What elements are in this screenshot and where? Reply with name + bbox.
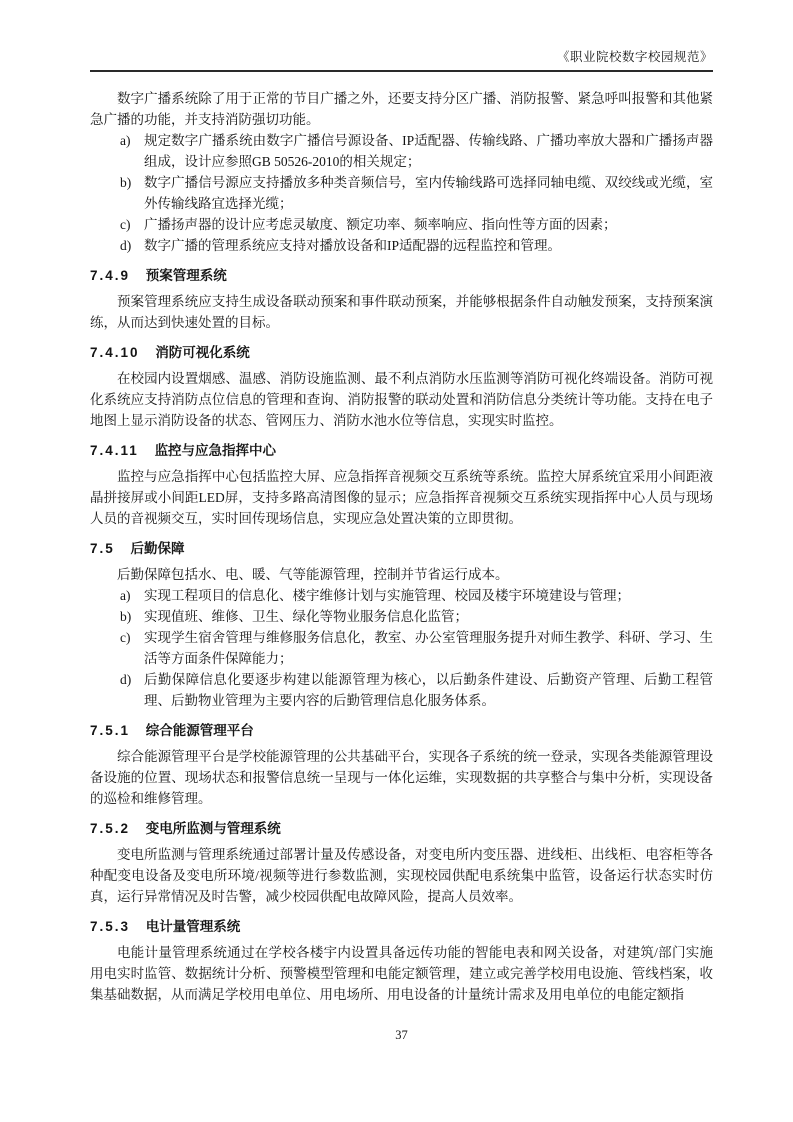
section-number: 7.4.9 [90,268,130,283]
paragraph: 变电所监测与管理系统通过部署计量及传感设备，对变电所内变压器、进线柜、出线柜、电… [90,844,713,907]
list-item-text: 数字广播的管理系统应支持对播放设备和IP适配器的远程监控和管理。 [144,235,713,256]
list-item-text: 实现值班、维修、卫生、绿化等物业服务信息化监管； [144,606,713,627]
paragraph: 综合能源管理平台是学校能源管理的公共基础平台，实现各子系统的统一登录，实现各类能… [90,746,713,809]
header-rule [90,70,713,72]
ordered-list: a) 实现工程项目的信息化、楼宇维修计划与实施管理、校园及楼宇环境建设与管理； … [90,585,713,711]
section-heading: 7.5.3 电计量管理系统 [90,916,713,937]
section-title: 后勤保障 [131,541,185,556]
list-item-label: c) [120,627,144,669]
list-item-label: b) [120,172,144,214]
section-heading: 7.5.2 变电所监测与管理系统 [90,818,713,839]
document-content: 数字广播系统除了用于正常的节目广播之外，还要支持分区广播、消防报警、紧急呼叫报警… [90,88,713,1005]
paragraph: 监控与应急指挥中心包括监控大屏、应急指挥音视频交互系统等系统。监控大屏系统宜采用… [90,466,713,529]
list-item: d) 后勤保障信息化要逐步构建以能源管理为核心，以后勤条件建设、后勤资产管理、后… [90,669,713,711]
section-title: 电计量管理系统 [146,919,241,934]
document-page: 《职业院校数字校园规范》 数字广播系统除了用于正常的节目广播之外，还要支持分区广… [0,0,793,1122]
list-item: b) 实现值班、维修、卫生、绿化等物业服务信息化监管； [90,606,713,627]
ordered-list: a) 规定数字广播系统由数字广播信号源设备、IP适配器、传输线路、广播功率放大器… [90,130,713,256]
section-number: 7.5.3 [90,919,130,934]
list-item: d) 数字广播的管理系统应支持对播放设备和IP适配器的远程监控和管理。 [90,235,713,256]
list-item-label: a) [120,130,144,172]
section-heading: 7.5 后勤保障 [90,538,713,559]
list-item-text: 后勤保障信息化要逐步构建以能源管理为核心，以后勤条件建设、后勤资产管理、后勤工程… [144,669,713,711]
list-item-text: 数字广播信号源应支持播放多种类音频信号，室内传输线路可选择同轴电缆、双绞线或光缆… [144,172,713,214]
page-header: 《职业院校数字校园规范》 [90,48,713,72]
page-number: 37 [90,1028,713,1043]
list-item: c) 实现学生宿舍管理与维修服务信息化，教室、办公室管理服务提升对师生教学、科研… [90,627,713,669]
page-footer: 37 [90,1028,713,1043]
section-heading: 7.5.1 综合能源管理平台 [90,720,713,741]
section-heading: 7.4.9 预案管理系统 [90,265,713,286]
section-title: 综合能源管理平台 [146,723,254,738]
list-item-label: b) [120,606,144,627]
running-header-title: 《职业院校数字校园规范》 [90,48,713,66]
paragraph: 后勤保障包括水、电、暖、气等能源管理，控制并节省运行成本。 [90,564,713,585]
section-number: 7.5 [90,541,115,556]
paragraph: 电能计量管理系统通过在学校各楼宇内设置具备远传功能的智能电表和网关设备，对建筑/… [90,942,713,1005]
paragraph: 数字广播系统除了用于正常的节目广播之外，还要支持分区广播、消防报警、紧急呼叫报警… [90,88,713,130]
section-heading: 7.4.10 消防可视化系统 [90,342,713,363]
list-item-text: 实现学生宿舍管理与维修服务信息化，教室、办公室管理服务提升对师生教学、科研、学习… [144,627,713,669]
section-number: 7.4.10 [90,345,140,360]
list-item-text: 规定数字广播系统由数字广播信号源设备、IP适配器、传输线路、广播功率放大器和广播… [144,130,713,172]
list-item: c) 广播扬声器的设计应考虑灵敏度、额定功率、频率响应、指向性等方面的因素； [90,214,713,235]
list-item-text: 实现工程项目的信息化、楼宇维修计划与实施管理、校园及楼宇环境建设与管理； [144,585,713,606]
paragraph: 预案管理系统应支持生成设备联动预案和事件联动预案，并能够根据条件自动触发预案，支… [90,291,713,333]
list-item: a) 实现工程项目的信息化、楼宇维修计划与实施管理、校园及楼宇环境建设与管理； [90,585,713,606]
list-item-label: a) [120,585,144,606]
section-title: 消防可视化系统 [155,345,250,360]
section-number: 7.5.1 [90,723,130,738]
list-item-label: d) [120,235,144,256]
list-item: b) 数字广播信号源应支持播放多种类音频信号，室内传输线路可选择同轴电缆、双绞线… [90,172,713,214]
section-title: 变电所监测与管理系统 [146,821,281,836]
list-item-label: c) [120,214,144,235]
section-title: 监控与应急指挥中心 [155,443,277,458]
section-title: 预案管理系统 [146,268,227,283]
section-heading: 7.4.11 监控与应急指挥中心 [90,440,713,461]
list-item-label: d) [120,669,144,711]
section-number: 7.5.2 [90,821,130,836]
list-item-text: 广播扬声器的设计应考虑灵敏度、额定功率、频率响应、指向性等方面的因素； [144,214,713,235]
list-item: a) 规定数字广播系统由数字广播信号源设备、IP适配器、传输线路、广播功率放大器… [90,130,713,172]
paragraph: 在校园内设置烟感、温感、消防设施监测、最不利点消防水压监测等消防可视化终端设备。… [90,368,713,431]
section-number: 7.4.11 [90,443,139,458]
